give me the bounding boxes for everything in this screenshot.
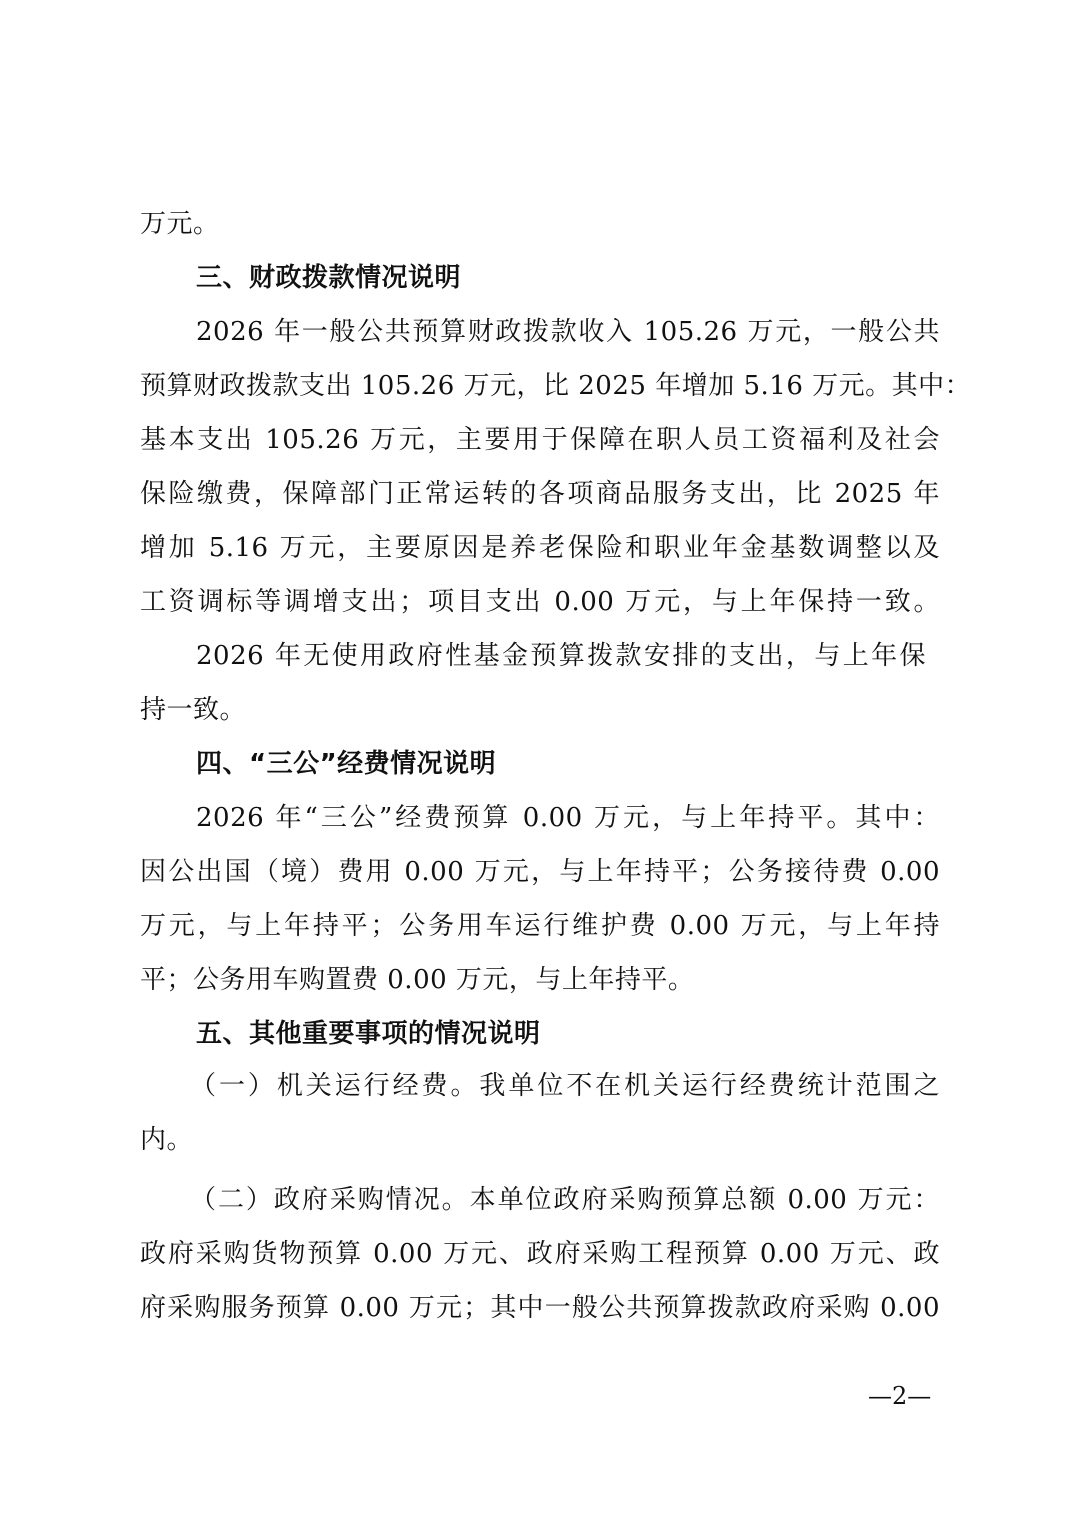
paragraph-line: 持一致。: [140, 690, 940, 730]
paragraph-line: 2026 年无使用政府性基金预算拨款安排的支出，与上年保: [196, 636, 926, 676]
page-number: —2—: [868, 1376, 931, 1416]
section-heading-3: 三、财政拨款情况说明: [196, 258, 461, 298]
paragraph-line: （二）政府采购情况。本单位政府采购预算总额 0.00 万元：: [190, 1180, 940, 1220]
paragraph-line: 府采购服务预算 0.00 万元；其中一般公共预算拨款政府采购 0.00: [140, 1288, 940, 1328]
paragraph-line: 2026 年“三公”经费预算 0.00 万元，与上年持平。其中：: [196, 798, 940, 838]
paragraph-line: 基本支出 105.26 万元，主要用于保障在职人员工资福利及社会: [140, 420, 940, 460]
paragraph-line: 2026 年一般公共预算财政拨款收入 105.26 万元，一般公共: [196, 312, 940, 352]
document-page: 万元。 三、财政拨款情况说明 2026 年一般公共预算财政拨款收入 105.26…: [0, 0, 1074, 1520]
paragraph-line: 万元。: [140, 204, 940, 244]
paragraph-line: 万元，与上年持平；公务用车运行维护费 0.00 万元，与上年持: [140, 906, 940, 946]
paragraph-line: 因公出国（境）费用 0.00 万元，与上年持平；公务接待费 0.00: [140, 852, 940, 892]
section-heading-5: 五、其他重要事项的情况说明: [196, 1014, 541, 1054]
paragraph-line: 保险缴费，保障部门正常运转的各项商品服务支出，比 2025 年: [140, 474, 940, 514]
section-heading-4: 四、“三公”经费情况说明: [196, 744, 496, 784]
paragraph-line: 内。: [140, 1120, 940, 1160]
paragraph-line: 增加 5.16 万元，主要原因是养老保险和职业年金基数调整以及: [140, 528, 940, 568]
paragraph-line: 工资调标等调增支出；项目支出 0.00 万元，与上年保持一致。: [140, 582, 940, 622]
paragraph-line: 预算财政拨款支出 105.26 万元，比 2025 年增加 5.16 万元。其中…: [140, 366, 940, 406]
paragraph-line: 政府采购货物预算 0.00 万元、政府采购工程预算 0.00 万元、政: [140, 1234, 940, 1274]
paragraph-line: （一）机关运行经费。我单位不在机关运行经费统计范围之: [190, 1066, 940, 1106]
paragraph-line: 平；公务用车购置费 0.00 万元，与上年持平。: [140, 960, 940, 1000]
